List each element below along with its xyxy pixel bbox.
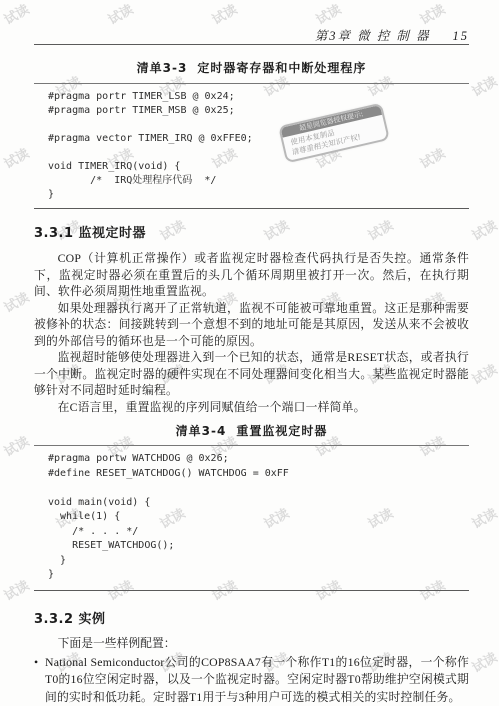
- code-listing-3-3: #pragma portr TIMER_LSB @ 0x24; #pragma …: [48, 90, 469, 202]
- code-listing-3-4: #pragma portw WATCHDOG @ 0x26; #define R…: [48, 452, 469, 583]
- listing-3-3-title: 清单3-3定时器寄存器和中断处理程序: [34, 59, 469, 76]
- listing-3-3-rule: [34, 83, 469, 84]
- section-3-3-1-body: COP（计算机正常操作）或者监视定时器检查代码执行是否失控。通常条件下，监视定时…: [34, 250, 469, 415]
- paragraph: COP（计算机正常操作）或者监视定时器检查代码执行是否失控。通常条件下，监视定时…: [34, 250, 469, 300]
- example-bullet-item: • National Semiconductor公司的COP8SAA7有一个称作…: [34, 654, 469, 706]
- chapter-title: 第3章 微 控 制 器: [315, 26, 431, 44]
- paragraph: 如果处理器执行离开了正常轨道，监视不可能被可靠地重置。这正是那种需要被修补的状态…: [34, 300, 469, 350]
- scanned-book-page: 试读试读试读试读试读试读试读试读试读试读试读试读试读试读试读试读试读试读试读试读…: [0, 0, 499, 706]
- bullet-text: National Semiconductor公司的COP8SAA7有一个称作T1…: [45, 654, 469, 706]
- section-3-3-1-heading: 3.3.1 监视定时器: [34, 222, 469, 241]
- listing-3-3-label: 清单3-3: [137, 61, 188, 75]
- page-content: 第3章 微 控 制 器 15 清单3-3定时器寄存器和中断处理程序 #pragm…: [0, 0, 499, 706]
- listing-3-4-label: 清单3-4: [176, 424, 227, 438]
- examples-intro: 下面是一些样例配置：: [34, 635, 469, 652]
- listing-3-4-caption: 重置监视定时器: [236, 424, 327, 438]
- section-3-3-2-heading: 3.3.2 实例: [34, 608, 469, 627]
- listing-3-3-caption: 定时器寄存器和中断处理程序: [197, 61, 366, 75]
- listing-3-4-end-rule: [34, 590, 469, 591]
- paragraph: 在C语言里，重置监视的序列同赋值给一个端口一样简单。: [34, 399, 469, 416]
- page-number: 15: [453, 29, 470, 44]
- page-header: 第3章 微 控 制 器 15: [34, 0, 469, 44]
- listing-3-3-end-rule: [34, 208, 469, 209]
- bullet-marker: •: [34, 654, 45, 706]
- listing-3-4-rule: [34, 445, 469, 446]
- paragraph: 监视超时能够使处理器进入到一个已知的状态，通常是RESET状态，或者执行一个中断…: [34, 349, 469, 399]
- header-rule: [34, 44, 469, 45]
- listing-3-4-title: 清单3-4重置监视定时器: [34, 422, 469, 439]
